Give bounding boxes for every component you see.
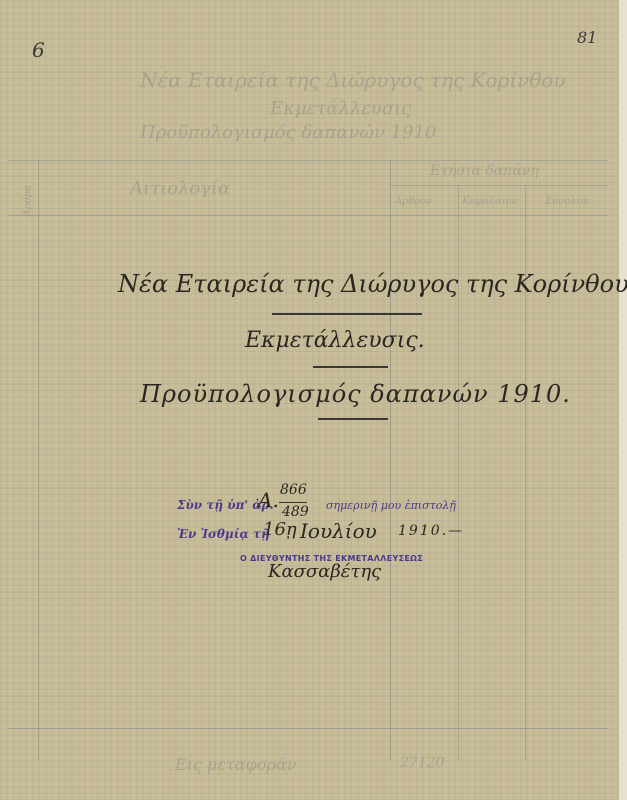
ghost-header-split-line: [390, 185, 608, 186]
ghost-col-header-main: Αιτιολογία: [130, 178, 230, 199]
page-edge: [619, 0, 627, 800]
ghost-table-top-line: [8, 160, 608, 161]
document-page: 6 81 Νέα Εταιρεία της Διώρυγος της Κορίν…: [0, 0, 627, 800]
ghost-total-value: 27120: [400, 755, 445, 771]
ghost-title-line2: Εκμετάλλευσις: [270, 98, 411, 119]
right-page-number: 81: [577, 28, 597, 47]
heading-rule-2: [313, 366, 388, 368]
heading-rule-3: [318, 418, 388, 420]
stamp-date-day: 16ῃ: [263, 519, 297, 540]
ghost-col-line-2: [390, 160, 391, 760]
director-signature: Κασσαβέτης: [268, 561, 381, 582]
stamp-line2-prefix: Ἐν Ἰσθμίᾳ τῇ: [177, 527, 270, 541]
stamp-ref-letter: Α.: [258, 488, 279, 512]
stamp-ref-fraction-line: [279, 502, 307, 503]
stamp-ref-number-top: 866: [280, 482, 307, 498]
ghost-total-label: Εις μεταφοράν: [175, 755, 296, 774]
ghost-header-bottom-line: [8, 215, 608, 216]
stamp-ref-number-bottom: 489: [282, 504, 309, 520]
ghost-subheader-1: Άρθρον: [395, 196, 432, 207]
ghost-col-header-group: Ετήσια δαπάνη: [430, 163, 539, 179]
heading-operation: Εκμετάλλευσις.: [245, 328, 425, 353]
ghost-subheader-2: Κεφάλαιον: [462, 196, 518, 207]
ghost-col-line-1: [38, 160, 39, 760]
left-page-number: 6: [32, 38, 45, 62]
ghost-table-bottom-line: [8, 728, 608, 729]
ghost-title-line3: Προϋπολογισμός δαπανών 1910: [140, 122, 436, 143]
ghost-title-line1: Νέα Εταιρεία της Διώρυγος της Κορίνθου: [140, 68, 566, 92]
stamp-date-year: 1910.—: [398, 523, 464, 539]
stamp-date-month: Ιουλίου: [300, 519, 377, 543]
ghost-subheader-3: Σύνολον: [545, 196, 589, 207]
heading-company-name: Νέα Εταιρεία της Διώρυγος της Κορίνθου.: [118, 270, 627, 298]
heading-budget: Προϋπολογισμός δαπανών 1910.: [140, 380, 571, 408]
stamp-line1-suffix: σημερινῇ μου ἐπιστολῇ: [326, 499, 456, 512]
ghost-col-header-left: Άρθρα: [22, 185, 33, 217]
heading-rule-1: [272, 313, 422, 315]
